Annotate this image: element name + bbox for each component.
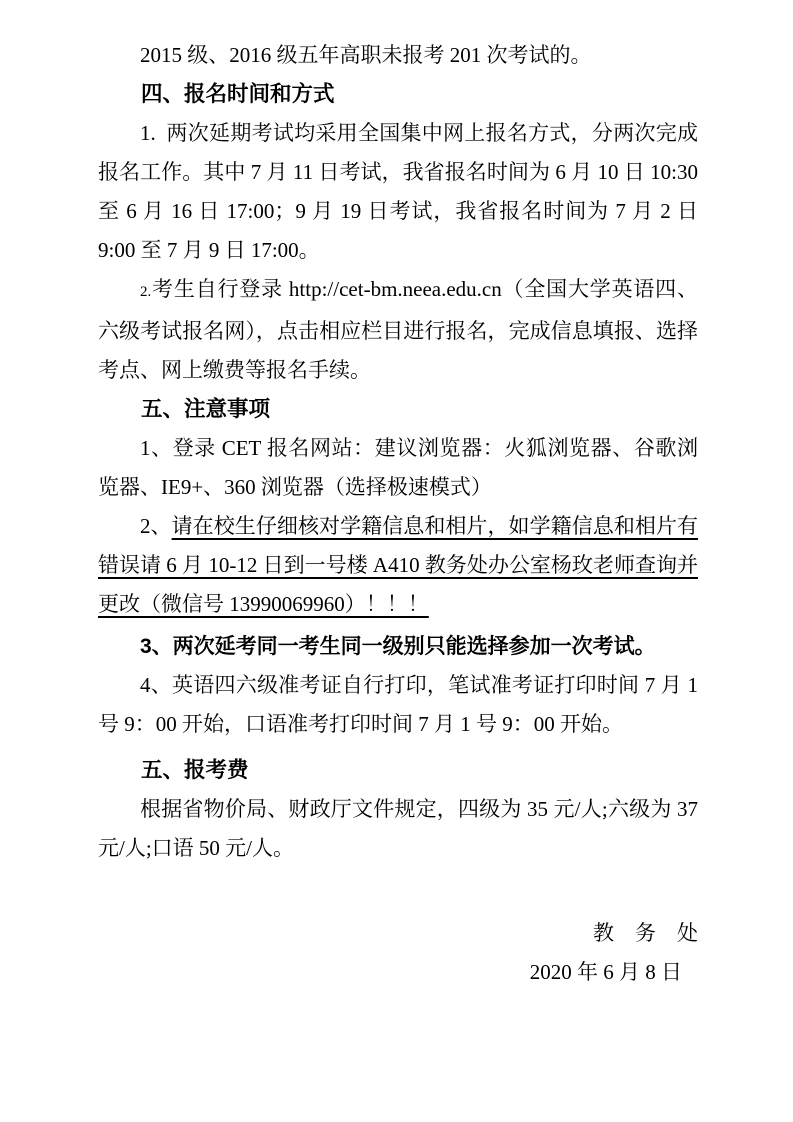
registration-item-2: 2.考生自行登录 http://cet-bm.neea.edu.cn（全国大学英… <box>98 270 698 390</box>
notes-item-2-underlined-text: 请在校生仔细核对学籍信息和相片，如学籍信息和相片有错误请 6 月 10-12 日… <box>98 514 698 616</box>
notes-item-3-one-exam-rule: 3、两次延考同一考生同一级别只能选择参加一次考试。 <box>98 627 698 666</box>
signature-department: 教 务 处 <box>98 914 698 953</box>
notice-document-page: 2015 级、2016 级五年高职未报考 201 次考试的。 四、报名时间和方式… <box>0 0 793 1122</box>
section-heading-fees: 五、报考费 <box>98 751 698 790</box>
signature-block: 教 务 处 2020 年 6 月 8 日 <box>98 914 698 992</box>
registration-item-2-number: 2. <box>140 284 151 300</box>
registration-item-1: 1. 两次延期考试均采用全国集中网上报名方式，分两次完成报名工作。其中 7 月 … <box>98 114 698 270</box>
section-heading-registration-time: 四、报名时间和方式 <box>98 75 698 114</box>
notes-item-2-number: 2、 <box>140 514 172 538</box>
signature-date: 2020 年 6 月 8 日 <box>98 953 698 992</box>
notes-item-2-student-info: 2、请在校生仔细核对学籍信息和相片，如学籍信息和相片有错误请 6 月 10-12… <box>98 507 698 624</box>
notes-item-1-browsers: 1、登录 CET 报名网站：建议浏览器：火狐浏览器、谷歌浏览器、IE9+、360… <box>98 429 698 507</box>
registration-item-2-text: 考生自行登录 http://cet-bm.neea.edu.cn（全国大学英语四… <box>98 277 698 382</box>
fees-body: 根据省物价局、财政厅文件规定，四级为 35 元/人;六级为 37 元/人;口语 … <box>98 790 698 868</box>
notes-item-4-admission-ticket: 4、英语四六级准考证自行打印，笔试准考证打印时间 7 月 1 号 9：00 开始… <box>98 666 698 744</box>
carryover-line: 2015 级、2016 级五年高职未报考 201 次考试的。 <box>98 36 698 75</box>
section-heading-notes: 五、注意事项 <box>98 390 698 429</box>
